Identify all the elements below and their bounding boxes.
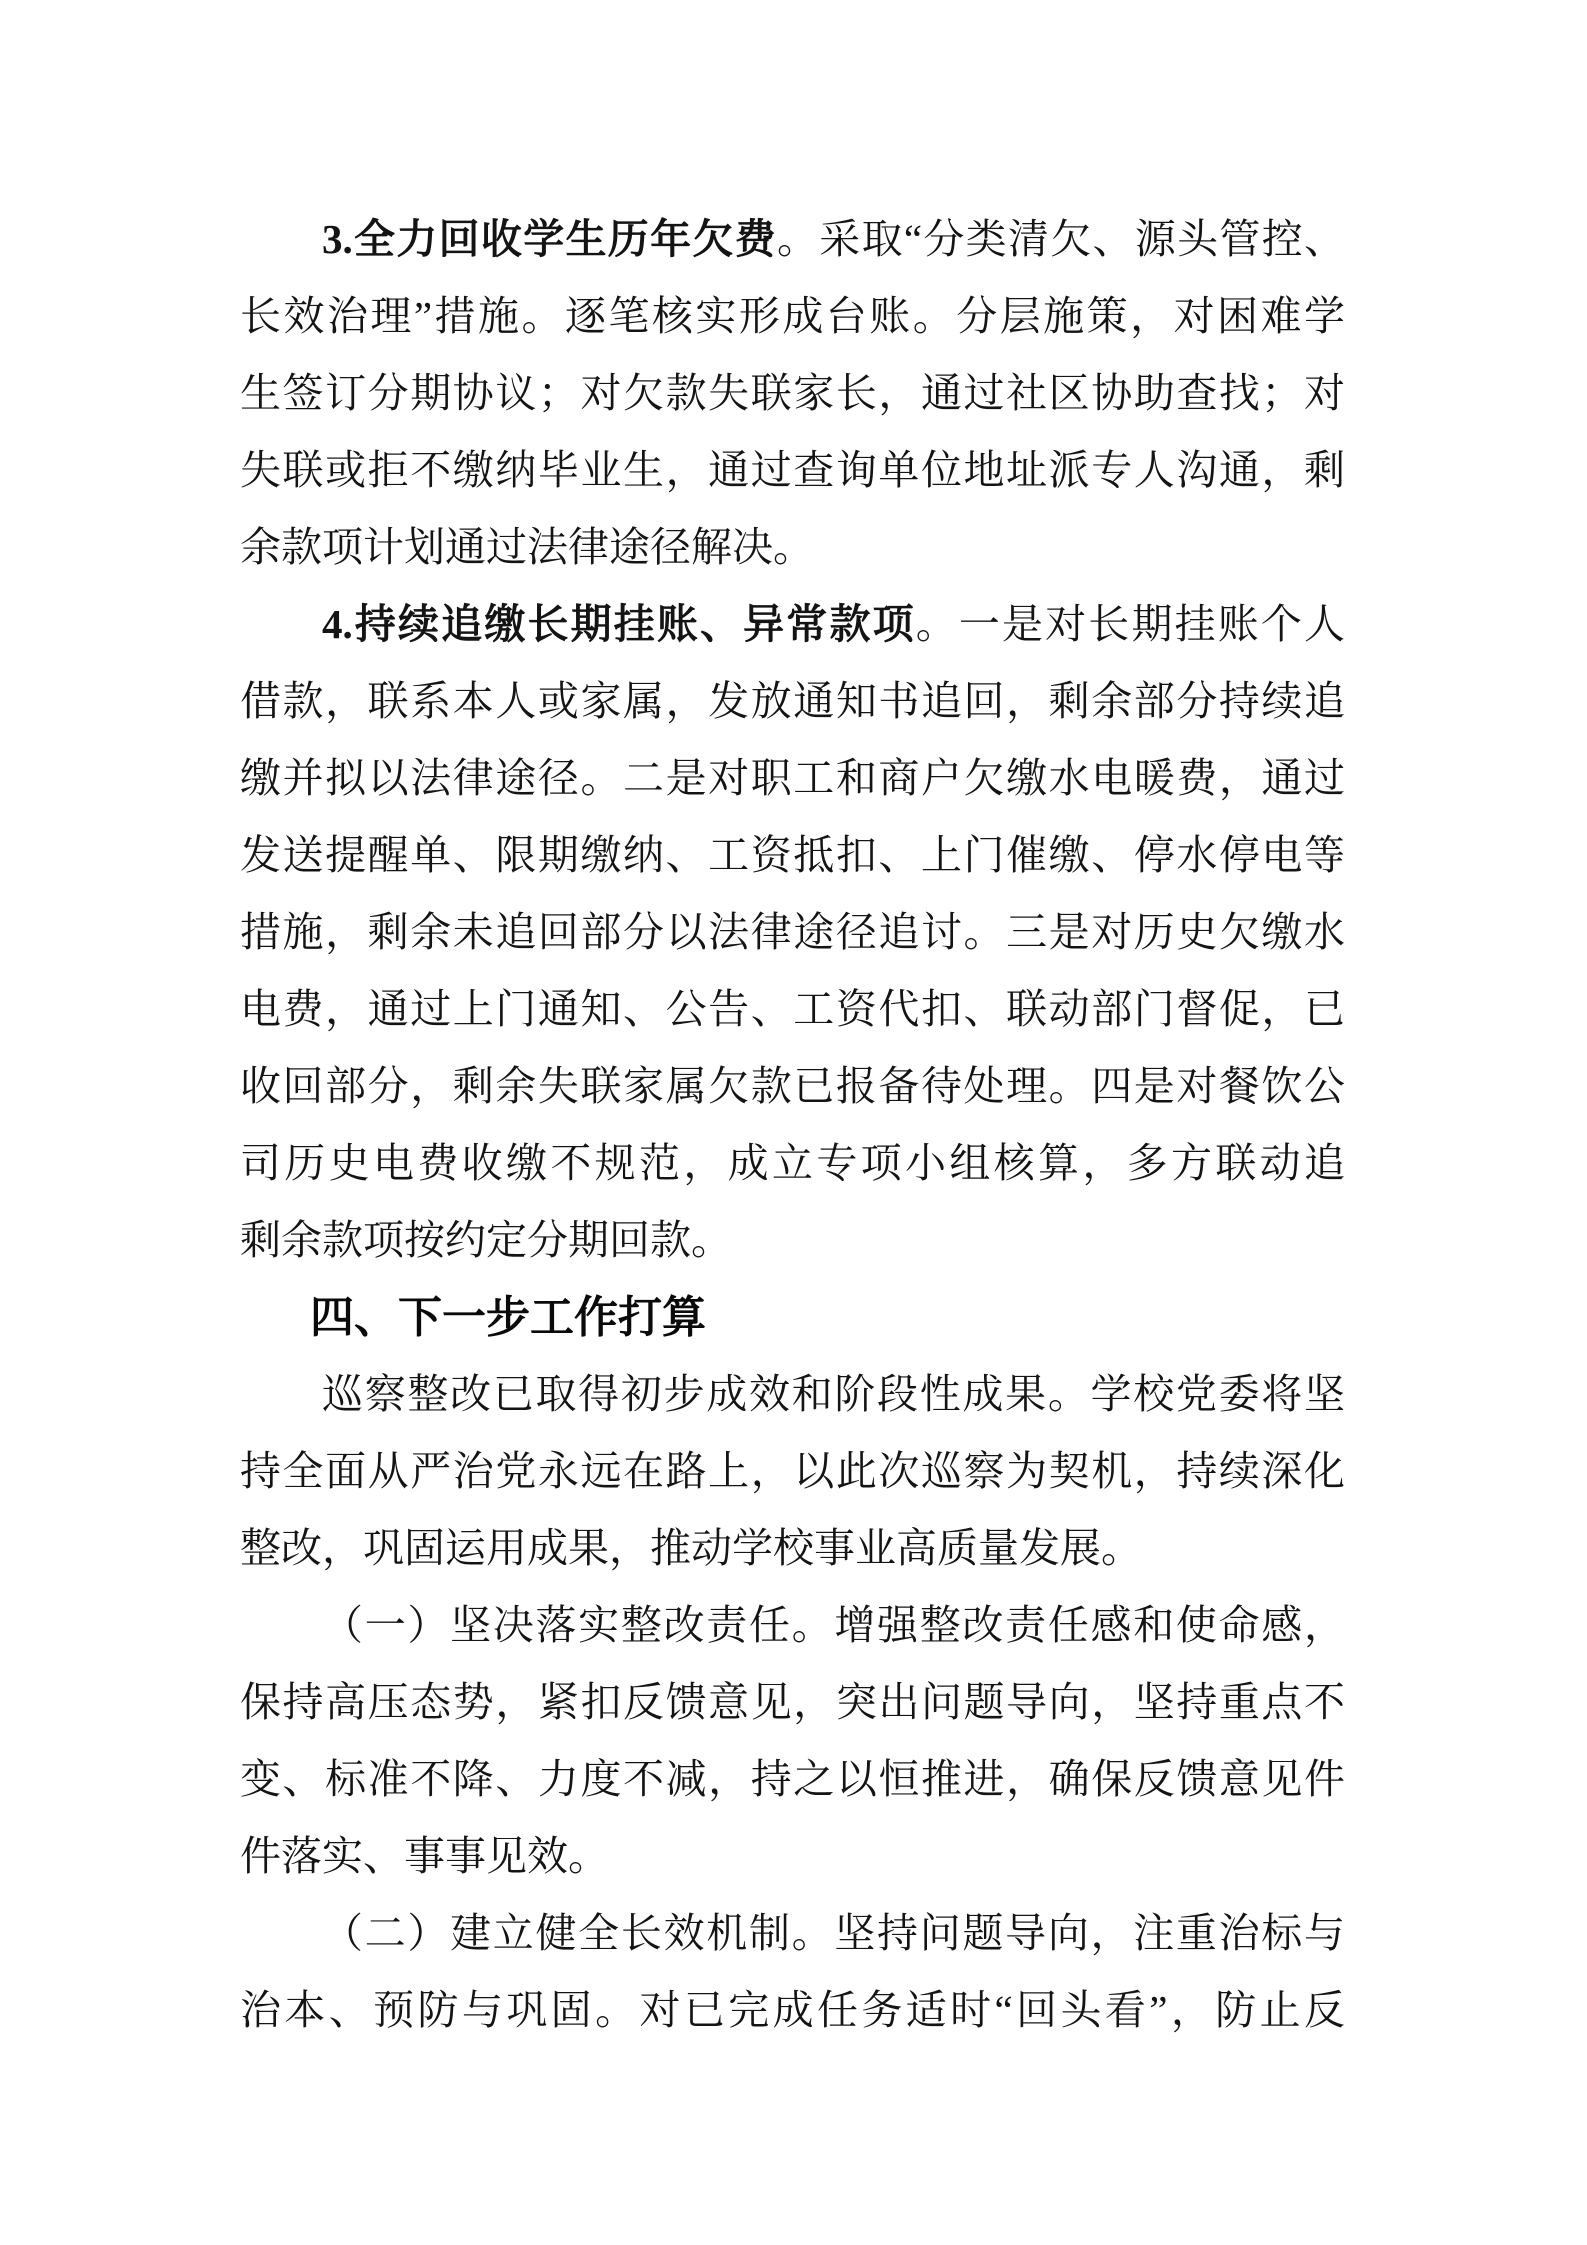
text-run: 生签订分期协议；对欠款失联家长，通过社区协助查找；对 <box>240 370 1345 416</box>
paragraph-line: 司历史电费收缴不规范，成立专项小组核算，多方联动追缴， <box>240 1125 1345 1202</box>
text-run: 。一是对长期挂账个人 <box>916 601 1345 647</box>
heading-text: 四、下一步工作打算 <box>310 1293 706 1342</box>
paragraph-line: 4.持续追缴长期挂账、异常款项。一是对长期挂账个人 <box>240 586 1345 663</box>
text-run: 余款项计划通过法律途径解决。 <box>240 524 814 570</box>
paragraph-line: 电费，通过上门通知、公告、工资代扣、联动部门督促，已 <box>240 971 1345 1048</box>
paragraph-line: 缴并拟以法律途径。二是对职工和商户欠缴水电暖费，通过 <box>240 740 1345 817</box>
bold-lead-run: 3.全力回收学生历年欠费 <box>322 216 777 262</box>
text-run: 剩余款项按约定分期回款。 <box>240 1217 732 1263</box>
text-run: （一）坚决落实整改责任。增强整改责任感和使命感， <box>322 1602 1345 1648</box>
paragraph-line: 余款项计划通过法律途径解决。 <box>240 509 1345 586</box>
paragraph-line: 借款，联系本人或家属，发放通知书追回，剩余部分持续追 <box>240 663 1345 740</box>
paragraph-line: 治本、预防与巩固。对已完成任务适时“回头看”，防止反 <box>240 1972 1345 2049</box>
paragraph-line: 剩余款项按约定分期回款。 <box>240 1202 1345 1279</box>
paragraph-line: 措施，剩余未追回部分以法律途径追讨。三是对历史欠缴水 <box>240 894 1345 971</box>
paragraph-line: 长效治理”措施。逐笔核实形成台账。分层施策，对困难学 <box>240 278 1345 355</box>
text-run: 保持高压态势，紧扣反馈意见，突出问题导向，坚持重点不 <box>240 1679 1345 1725</box>
paragraph-line: （二）建立健全长效机制。坚持问题导向，注重治标与 <box>240 1895 1345 1972</box>
text-run: 长效治理”措施。逐笔核实形成台账。分层施策，对困难学 <box>240 293 1345 339</box>
text-run: 措施，剩余未追回部分以法律途径追讨。三是对历史欠缴水 <box>240 909 1345 955</box>
text-run: 。采取“分类清欠、源头管控、 <box>777 216 1345 262</box>
bold-lead-run: 4.持续追缴长期挂账、异常款项 <box>322 601 916 647</box>
paragraph-line: 失联或拒不缴纳毕业生，通过查询单位地址派专人沟通，剩 <box>240 432 1345 509</box>
text-run: 电费，通过上门通知、公告、工资代扣、联动部门督促，已 <box>240 986 1345 1032</box>
paragraph-line: 3.全力回收学生历年欠费。采取“分类清欠、源头管控、 <box>240 201 1345 278</box>
document-page: 3.全力回收学生历年欠费。采取“分类清欠、源头管控、 长效治理”措施。逐笔核实形… <box>0 0 1587 2245</box>
text-run: 借款，联系本人或家属，发放通知书追回，剩余部分持续追 <box>240 678 1345 724</box>
paragraph-line: 保持高压态势，紧扣反馈意见，突出问题导向，坚持重点不 <box>240 1664 1345 1741</box>
paragraph-line: 变、标准不降、力度不减，持之以恒推进，确保反馈意见件 <box>240 1741 1345 1818</box>
text-run: 司历史电费收缴不规范，成立专项小组核算，多方联动追缴， <box>240 1140 1345 1202</box>
text-run: 件落实、事事见效。 <box>240 1833 609 1879</box>
text-run: （二）建立健全长效机制。坚持问题导向，注重治标与 <box>322 1910 1345 1956</box>
paragraph-line: 整改，巩固运用成果，推动学校事业高质量发展。 <box>240 1510 1345 1587</box>
text-run: 缴并拟以法律途径。二是对职工和商户欠缴水电暖费，通过 <box>240 755 1345 801</box>
section-heading: 四、下一步工作打算 <box>240 1279 1345 1356</box>
paragraph-line: 件落实、事事见效。 <box>240 1818 1345 1895</box>
text-run: 巡察整改已取得初步成效和阶段性成果。学校党委将坚 <box>322 1371 1345 1417</box>
paragraph-line: （一）坚决落实整改责任。增强整改责任感和使命感， <box>240 1587 1345 1664</box>
text-run: 变、标准不降、力度不减，持之以恒推进，确保反馈意见件 <box>240 1756 1345 1802</box>
paragraph-line: 发送提醒单、限期缴纳、工资抵扣、上门催缴、停水停电等 <box>240 817 1345 894</box>
text-run: 发送提醒单、限期缴纳、工资抵扣、上门催缴、停水停电等 <box>240 832 1345 878</box>
text-run: 整改，巩固运用成果，推动学校事业高质量发展。 <box>240 1525 1142 1571</box>
text-run: 治本、预防与巩固。对已完成任务适时“回头看”，防止反 <box>240 1987 1345 2033</box>
paragraph-line: 持全面从严治党永远在路上，以此次巡察为契机，持续深化 <box>240 1433 1345 1510</box>
paragraph-line: 收回部分，剩余失联家属欠款已报备待处理。四是对餐饮公 <box>240 1048 1345 1125</box>
document-text-block: 3.全力回收学生历年欠费。采取“分类清欠、源头管控、 长效治理”措施。逐笔核实形… <box>240 201 1345 2049</box>
text-run: 收回部分，剩余失联家属欠款已报备待处理。四是对餐饮公 <box>240 1063 1345 1109</box>
paragraph-line: 巡察整改已取得初步成效和阶段性成果。学校党委将坚 <box>240 1356 1345 1433</box>
text-run: 持全面从严治党永远在路上，以此次巡察为契机，持续深化 <box>240 1448 1345 1494</box>
paragraph-line: 生签订分期协议；对欠款失联家长，通过社区协助查找；对 <box>240 355 1345 432</box>
text-run: 失联或拒不缴纳毕业生，通过查询单位地址派专人沟通，剩 <box>240 447 1345 493</box>
